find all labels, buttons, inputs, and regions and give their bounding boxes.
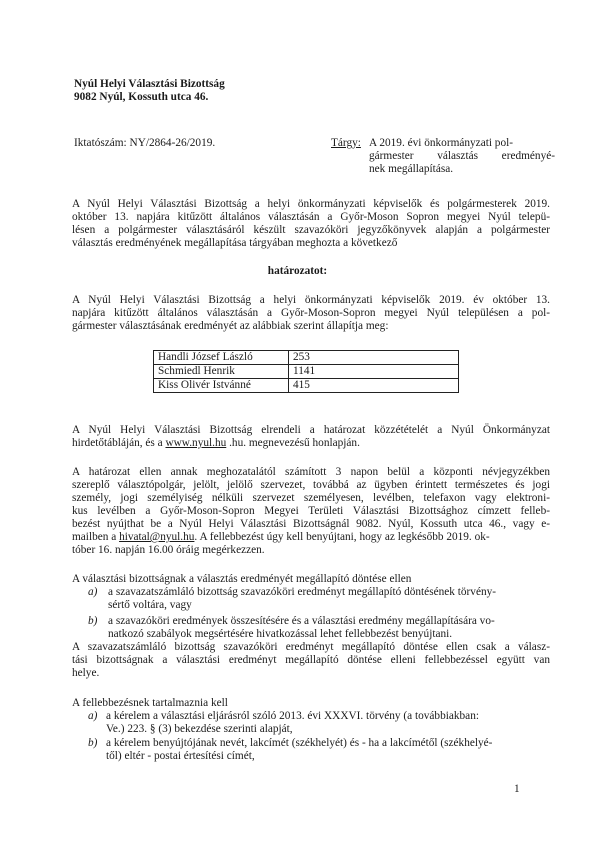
candidate-name: Kiss Olivér Istvánné bbox=[154, 379, 289, 393]
candidate-name: Schmiedl Henrik bbox=[154, 365, 289, 379]
grounds-intro: A választási bizottságnak a választás er… bbox=[72, 573, 411, 587]
grounds-closing-line: tási bizottságnak a választási eredményt… bbox=[72, 654, 550, 668]
table-row: Kiss Olivér Istvánné 415 bbox=[154, 379, 459, 393]
website-link[interactable]: www.nyul.hu bbox=[165, 437, 226, 449]
appeal-line: személy, jogi személyiség nélküli szerve… bbox=[72, 492, 550, 506]
appeal-line: mailben a hivatal@nyul.hu. A fellebbezés… bbox=[72, 531, 490, 545]
subject-line-3: nek megállapítása. bbox=[369, 163, 453, 177]
table-row: Schmiedl Henrik 1141 bbox=[154, 365, 459, 379]
intro-line: lésen a polgármester választásáról készü… bbox=[72, 224, 550, 238]
grounds-item-line: a szavazóköri eredmények összesítésére é… bbox=[108, 615, 495, 629]
subject-line-2: gármester választás eredményé- bbox=[369, 150, 555, 164]
candidate-votes: 1141 bbox=[289, 365, 459, 379]
contents-intro: A fellebbezésnek tartalmaznia kell bbox=[72, 697, 228, 711]
contents-item-line: től) eltér - postai értesítési címét, bbox=[106, 750, 255, 764]
grounds-closing-line: A szavazatszámláló bizottság szavazóköri… bbox=[72, 641, 550, 655]
reference-label: Iktatószám: bbox=[74, 137, 127, 149]
subject-line-1: A 2019. évi önkormányzati pol- bbox=[369, 137, 513, 151]
reference-number: Iktatószám: NY/2864-26/2019. bbox=[74, 137, 215, 151]
candidate-votes: 253 bbox=[289, 351, 459, 365]
decision-line: A Nyúl Helyi Választási Bizottság a hely… bbox=[72, 294, 550, 308]
subject-label-text: Tárgy: bbox=[331, 137, 361, 149]
appeal-text: mailben a bbox=[72, 531, 119, 543]
organization-address: 9082 Nyúl, Kossuth utca 46. bbox=[74, 91, 208, 105]
list-letter: a) bbox=[88, 710, 97, 724]
grounds-item-line: a szavazatszámláló bizottság szavazóköri… bbox=[108, 586, 496, 600]
email-link[interactable]: hivatal@nyul.hu bbox=[119, 531, 194, 543]
decision-heading: határozatot: bbox=[0, 265, 595, 279]
publication-line: A Nyúl Helyi Választási Bizottság elrend… bbox=[72, 424, 550, 438]
list-letter: b) bbox=[88, 737, 97, 751]
intro-line: választás eredményének megállapítása tár… bbox=[72, 237, 397, 251]
list-letter: b) bbox=[88, 615, 97, 629]
list-letter: a) bbox=[88, 586, 97, 600]
appeal-line: bezést nyújthat be a Nyúl Helyi Választá… bbox=[72, 518, 550, 532]
organization-name: Nyúl Helyi Választási Bizottság bbox=[74, 78, 225, 92]
decision-line: gármester választásának eredményét az al… bbox=[72, 320, 388, 334]
appeal-line: A határozat ellen annak meghozatalától s… bbox=[72, 466, 550, 480]
contents-item-line: a kérelem a választási eljárásról szóló … bbox=[106, 710, 479, 724]
grounds-item-line: natkozó szabályok megsértésére hivatkozá… bbox=[108, 628, 452, 642]
publication-text: hirdetőtábláján, és a bbox=[72, 437, 165, 449]
contents-item-line: a kérelem benyújtójának nevét, lakcímét … bbox=[106, 737, 492, 751]
appeal-line: szereplő választópolgár, jelölt, jelölő … bbox=[72, 479, 550, 493]
candidate-votes: 415 bbox=[289, 379, 459, 393]
intro-line: október 13. napjára kitűzött általános v… bbox=[72, 211, 550, 225]
intro-line: A Nyúl Helyi Választási Bizottság a hely… bbox=[72, 198, 550, 212]
page-number: 1 bbox=[514, 783, 520, 797]
decision-line: napjára kitűzött általános választásán a… bbox=[72, 307, 550, 321]
grounds-closing-line: helye. bbox=[72, 667, 99, 681]
appeal-line: kus levélben a Győr-Moson-Sopron Megyei … bbox=[72, 505, 550, 519]
appeal-line: tóber 16. napján 16.00 óráig megérkezzen… bbox=[72, 544, 265, 558]
candidate-name: Handli József László bbox=[154, 351, 289, 365]
table-row: Handli József László 253 bbox=[154, 351, 459, 365]
publication-text: .hu. megnevezésű honlapján. bbox=[226, 437, 360, 449]
subject-label: Tárgy: bbox=[331, 137, 361, 151]
results-table: Handli József László 253 Schmiedl Henrik… bbox=[153, 350, 459, 393]
grounds-item-line: sértő voltára, vagy bbox=[108, 599, 192, 613]
appeal-text: . A fellebbezést úgy kell benyújtani, ho… bbox=[194, 531, 489, 543]
publication-line: hirdetőtábláján, és a www.nyul.hu .hu. m… bbox=[72, 437, 360, 451]
reference-value: NY/2864-26/2019. bbox=[130, 137, 216, 149]
contents-item-line: Ve.) 223. § (3) bekezdése szerinti alapj… bbox=[106, 723, 293, 737]
